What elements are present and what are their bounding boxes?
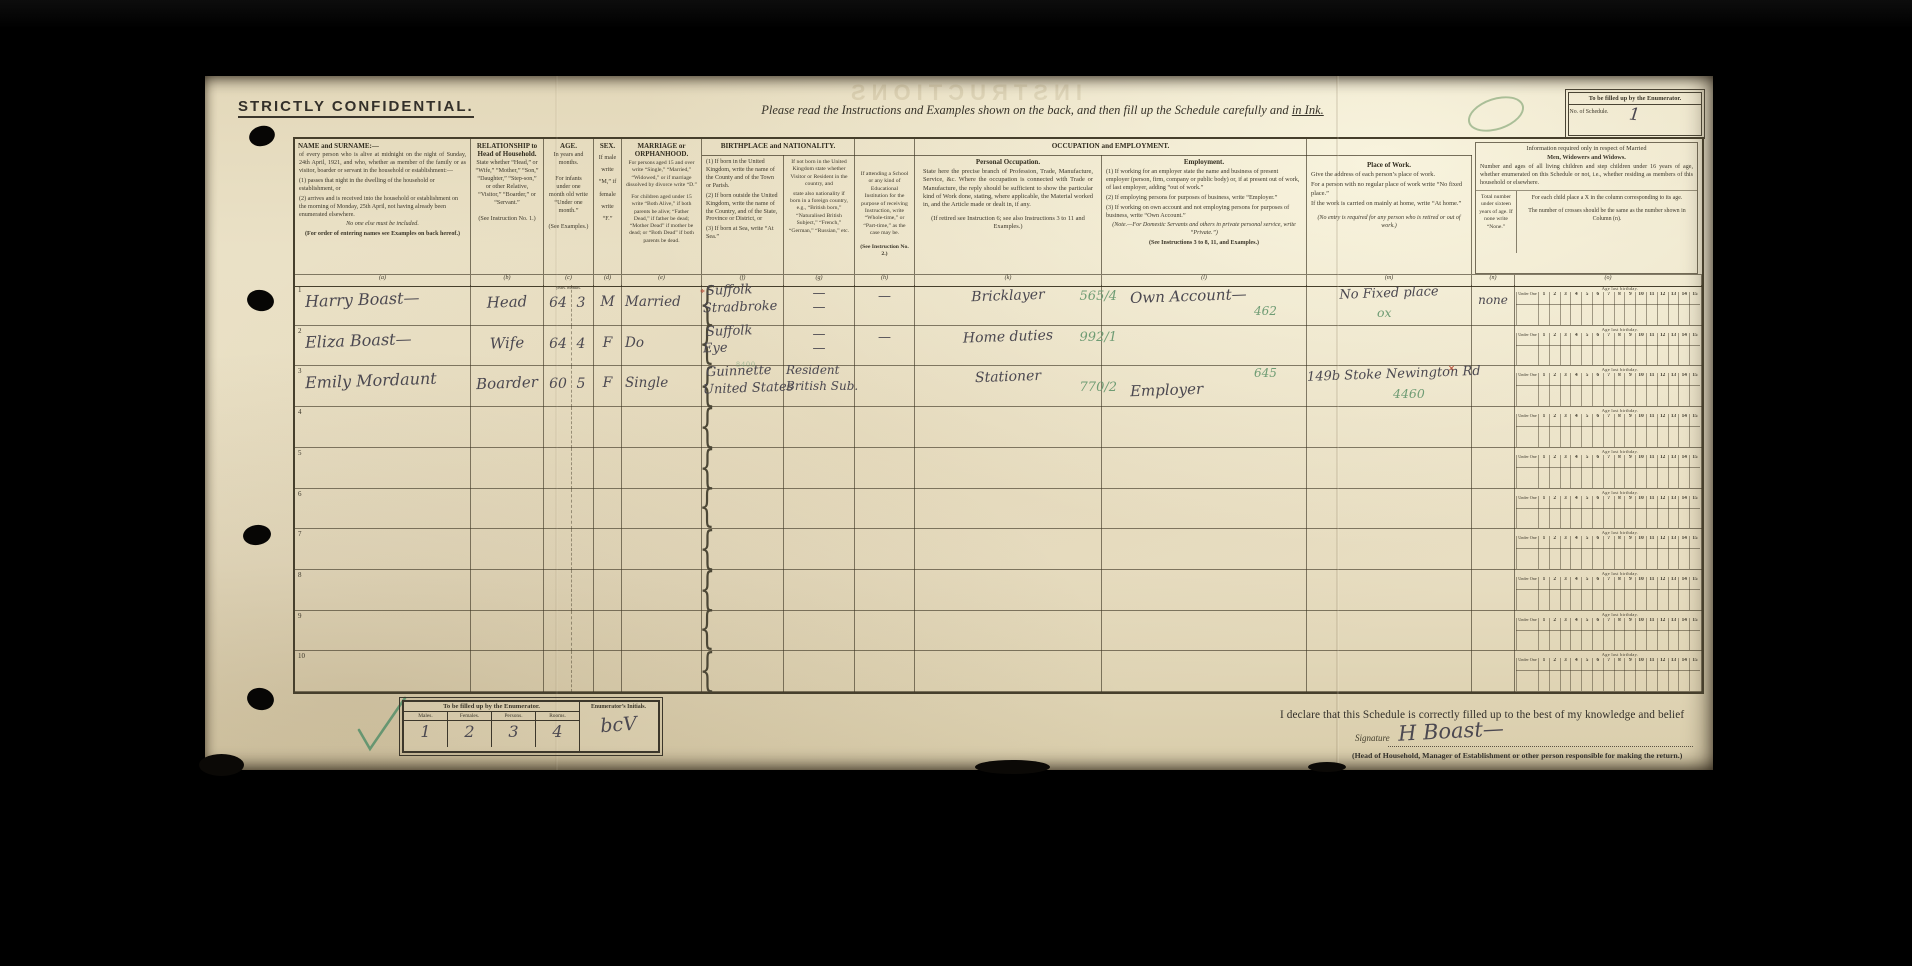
age-grid-label-6: 6 <box>1592 455 1603 467</box>
age-grid-label-9: 9 <box>1624 536 1635 548</box>
age-grid-label-8: 8 <box>1614 658 1625 670</box>
age-grid-label-2: 2 <box>1549 333 1560 345</box>
row-4-cell-3 <box>594 407 622 448</box>
age-grid-label-Under One: Under One <box>1516 414 1538 426</box>
age-grid-box-14 <box>1678 304 1689 325</box>
nationality-dash-2: — <box>784 300 854 315</box>
age-grid-box-10 <box>1635 548 1646 569</box>
occupation-code-green: 992/1 <box>1080 330 1117 345</box>
age-grid-label-3: 3 <box>1560 455 1571 467</box>
sex-entry: F <box>594 335 621 351</box>
age-grid-label-13: 13 <box>1668 496 1679 508</box>
age-grid-label-4: 4 <box>1570 373 1581 385</box>
age-grid-label-2: 2 <box>1549 455 1560 467</box>
birthplace-line-1: Suffolk <box>706 323 753 340</box>
row-8-cell-11 <box>1472 570 1515 611</box>
age-grid-box-15 <box>1689 304 1700 325</box>
strictly-confidential-heading: STRICTLY CONFIDENTIAL. <box>238 98 474 118</box>
age-grid-box-14 <box>1678 630 1689 650</box>
age-grid-header: Age last birthday. <box>1540 327 1700 332</box>
children-age-grid: Age last birthday.Under One1234567891011… <box>1516 652 1700 691</box>
age-grid-label-13: 13 <box>1668 577 1679 589</box>
age-grid-label-14: 14 <box>1678 373 1689 385</box>
age-grid-box-7 <box>1603 304 1614 325</box>
row-number: 8 <box>298 571 302 579</box>
age-grid-label-5: 5 <box>1581 455 1592 467</box>
age-grid-box-10 <box>1635 467 1646 488</box>
row-5-cell-12: Age last birthday.Under One1234567891011… <box>1515 448 1702 489</box>
schedule-box-title: To be filled up by the Enumerator. <box>1569 93 1701 105</box>
age-grid-box-14 <box>1678 345 1689 365</box>
age-grid-label-15: 15 <box>1689 658 1700 670</box>
instruction-note: Please read the Instructions and Example… <box>585 103 1500 118</box>
nationality-dash-2: — <box>784 341 854 356</box>
age-grid-label-13: 13 <box>1668 292 1679 304</box>
row-5-cell-11 <box>1472 448 1515 489</box>
age-grid-box-9 <box>1624 467 1635 488</box>
age-grid-box-15 <box>1689 426 1700 447</box>
age-grid-label-4: 4 <box>1570 292 1581 304</box>
age-grid-box-Under One <box>1516 385 1538 406</box>
age-grid-box-8 <box>1614 630 1625 650</box>
age-grid-label-15: 15 <box>1689 496 1700 508</box>
age-grid-label-9: 9 <box>1624 618 1635 630</box>
occupation-entry: Home duties <box>915 326 1101 348</box>
row-10-cell-11 <box>1472 651 1515 692</box>
row-2-cell-10 <box>1307 326 1472 366</box>
age-grid-box-5 <box>1581 385 1592 406</box>
age-grid-label-5: 5 <box>1581 292 1592 304</box>
age-grid-box-Under One <box>1516 548 1538 569</box>
signature-dotted-line <box>1388 746 1693 747</box>
green-stamp: 8400 <box>736 360 756 369</box>
row-6-cell-0: 6 <box>295 489 471 529</box>
age-grid-box-3 <box>1560 508 1571 528</box>
enumerator-initials-label: Enumerator’s Initials. <box>579 702 658 712</box>
instruction-note-main: Please read the Instructions and Example… <box>761 103 1292 117</box>
enumerator-counts: To be filled up by the Enumerator. Males… <box>404 702 580 751</box>
age-grid-box-10 <box>1635 630 1646 650</box>
row-7-cell-7 <box>855 529 915 570</box>
row-7-cell-2 <box>544 529 594 570</box>
age-grid-label-1: 1 <box>1538 292 1549 304</box>
row-4-cell-2 <box>544 407 594 448</box>
row-2-cell-3: F <box>594 326 622 366</box>
age-grid-label-12: 12 <box>1657 496 1668 508</box>
age-grid-label-10: 10 <box>1635 333 1646 345</box>
persons-label: Persons. <box>492 712 536 720</box>
age-grid-label-11: 11 <box>1646 292 1657 304</box>
row-8-cell-7 <box>855 570 915 611</box>
age-grid-label-15: 15 <box>1689 577 1700 589</box>
age-grid-box-11 <box>1646 385 1657 406</box>
red-x-mark: × <box>1448 361 1455 376</box>
age-grid-label-6: 6 <box>1592 414 1603 426</box>
age-grid-box-14 <box>1678 426 1689 447</box>
males-value: 1 <box>404 721 448 747</box>
age-grid-label-5: 5 <box>1581 373 1592 385</box>
age-grid-label-14: 14 <box>1678 455 1689 467</box>
age-grid-box-3 <box>1560 467 1571 488</box>
children-total-entry: none <box>1472 293 1514 307</box>
age-grid-label-7: 7 <box>1603 414 1614 426</box>
age-grid-box-5 <box>1581 589 1592 610</box>
row-9-cell-8 <box>915 611 1102 651</box>
age-grid-label-Under One: Under One <box>1516 618 1538 630</box>
age-grid-box-7 <box>1603 345 1614 365</box>
row-number: 3 <box>298 367 302 375</box>
age-grid-label-3: 3 <box>1560 373 1571 385</box>
age-months-entry: 5 <box>572 376 590 392</box>
row-6-cell-1 <box>471 489 544 529</box>
age-grid-box-10 <box>1635 426 1646 447</box>
age-grid-label-13: 13 <box>1668 333 1679 345</box>
age-grid-box-2 <box>1549 426 1560 447</box>
place-code-green: ox <box>1377 305 1392 320</box>
age-grid-box-6 <box>1592 508 1603 528</box>
age-grid-box-1 <box>1538 670 1549 691</box>
age-grid-label-15: 15 <box>1689 292 1700 304</box>
age-grid-box-8 <box>1614 345 1625 365</box>
age-grid-label-3: 3 <box>1560 333 1571 345</box>
age-divider <box>571 407 572 448</box>
row-2-cell-12: Age last birthday.Under One1234567891011… <box>1515 326 1702 366</box>
row-2-cell-0: 2Eliza Boast— <box>295 326 471 366</box>
age-grid-label-4: 4 <box>1570 658 1581 670</box>
age-grid-header: Age last birthday. <box>1540 612 1700 617</box>
age-grid-label-14: 14 <box>1678 414 1689 426</box>
table-row-6: 6{Age last birthday.Under One12345678910… <box>295 489 1702 529</box>
persons-value: 3 <box>492 721 536 747</box>
table-row-9: 9{Age last birthday.Under One12345678910… <box>295 611 1702 651</box>
age-grid-header: Age last birthday. <box>1540 408 1700 413</box>
row-6-cell-12: Age last birthday.Under One1234567891011… <box>1515 489 1702 529</box>
row-9-cell-2 <box>544 611 594 651</box>
age-sub-label: years. months. <box>544 285 593 290</box>
age-grid-label-11: 11 <box>1646 577 1657 589</box>
age-grid-box-12 <box>1657 548 1668 569</box>
row-8-cell-1 <box>471 570 544 611</box>
age-grid-box-2 <box>1549 508 1560 528</box>
age-grid-boxes <box>1516 508 1700 528</box>
census-schedule-paper: INSTRUCTIONS STRICTLY CONFIDENTIAL. Plea… <box>205 76 1713 770</box>
age-grid-label-11: 11 <box>1646 496 1657 508</box>
age-grid-label-1: 1 <box>1538 333 1549 345</box>
age-grid-label-9: 9 <box>1624 496 1635 508</box>
age-grid-label-10: 10 <box>1635 373 1646 385</box>
row-9-cell-0: 9 <box>295 611 471 651</box>
row-4-cell-7 <box>855 407 915 448</box>
age-grid-label-12: 12 <box>1657 658 1668 670</box>
age-grid-box-14 <box>1678 508 1689 528</box>
punch-hole <box>247 123 277 149</box>
paper-edge-mark <box>199 754 244 776</box>
age-divider <box>571 489 572 529</box>
age-grid-label-10: 10 <box>1635 618 1646 630</box>
age-grid-box-7 <box>1603 385 1614 406</box>
row-4-cell-1 <box>471 407 544 448</box>
row-1-cell-11: none <box>1472 285 1515 326</box>
nationality-line-2: British Sub. <box>786 379 858 393</box>
row-6-cell-10 <box>1307 489 1472 529</box>
age-grid-box-10 <box>1635 670 1646 691</box>
row-1-cell-2: years. months.643 <box>544 285 594 326</box>
sex-entry: M <box>594 294 621 310</box>
age-grid-label-9: 9 <box>1624 658 1635 670</box>
row-3-cell-1: Boarder <box>471 366 544 407</box>
age-grid-label-6: 6 <box>1592 292 1603 304</box>
age-grid-label-5: 5 <box>1581 577 1592 589</box>
row-7-cell-12: Age last birthday.Under One1234567891011… <box>1515 529 1702 570</box>
age-grid-box-13 <box>1668 345 1679 365</box>
row-8-cell-3 <box>594 570 622 611</box>
age-grid-label-11: 11 <box>1646 658 1657 670</box>
table-row-3: 3Emily MordauntBoarder605FSingle{Guinnet… <box>295 366 1702 407</box>
females-value: 2 <box>448 721 492 747</box>
children-age-grid: Age last birthday.Under One1234567891011… <box>1516 367 1700 406</box>
row-6-cell-4: { <box>622 489 702 529</box>
row-number: 7 <box>298 530 302 538</box>
row-number: 2 <box>298 327 302 335</box>
row-5-cell-9 <box>1102 448 1307 489</box>
age-grid-box-12 <box>1657 670 1668 691</box>
row-3-cell-12: Age last birthday.Under One1234567891011… <box>1515 366 1702 407</box>
rooms-value: 4 <box>536 721 579 747</box>
age-grid-label-8: 8 <box>1614 455 1625 467</box>
nationality-dash-1: — <box>784 286 854 301</box>
age-grid-box-14 <box>1678 548 1689 569</box>
name-entry: Harry Boast— <box>305 288 420 311</box>
age-grid-label-14: 14 <box>1678 536 1689 548</box>
age-grid-box-6 <box>1592 345 1603 365</box>
occupation-code-green: 565/4 <box>1080 289 1117 304</box>
age-grid-label-12: 12 <box>1657 455 1668 467</box>
row-8-cell-2 <box>544 570 594 611</box>
row-7-cell-1 <box>471 529 544 570</box>
instruction-note-emphasis: in Ink. <box>1292 103 1324 117</box>
children-age-grid: Age last birthday.Under One1234567891011… <box>1516 286 1700 325</box>
age-grid-box-1 <box>1538 589 1549 610</box>
relationship-entry: Head <box>471 292 544 313</box>
age-grid-label-8: 8 <box>1614 536 1625 548</box>
row-1-cell-3: M <box>594 285 622 326</box>
paper-crease <box>555 76 558 770</box>
row-3-cell-6: ResidentBritish Sub. <box>784 366 855 407</box>
row-5-cell-6 <box>784 448 855 489</box>
row-number: 6 <box>298 490 302 498</box>
age-grid-box-6 <box>1592 548 1603 569</box>
age-grid-box-9 <box>1624 670 1635 691</box>
age-grid-label-10: 10 <box>1635 414 1646 426</box>
age-grid-label-7: 7 <box>1603 455 1614 467</box>
age-grid-label-14: 14 <box>1678 292 1689 304</box>
age-grid-label-15: 15 <box>1689 333 1700 345</box>
marriage-entry: Married <box>625 294 681 310</box>
row-7-cell-9 <box>1102 529 1307 570</box>
signature-value: H Boast— <box>1397 716 1504 746</box>
age-grid-box-5 <box>1581 345 1592 365</box>
age-grid-box-5 <box>1581 630 1592 650</box>
age-grid-box-4 <box>1570 385 1581 406</box>
age-grid-box-1 <box>1538 630 1549 650</box>
age-grid-box-Under One <box>1516 589 1538 610</box>
age-grid-label-3: 3 <box>1560 496 1571 508</box>
age-grid-box-5 <box>1581 670 1592 691</box>
age-grid-label-7: 7 <box>1603 373 1614 385</box>
age-grid-box-6 <box>1592 670 1603 691</box>
age-grid-box-1 <box>1538 304 1549 325</box>
row-6-cell-6 <box>784 489 855 529</box>
punch-hole <box>242 523 273 547</box>
row-6-cell-3 <box>594 489 622 529</box>
age-grid-box-1 <box>1538 548 1549 569</box>
age-grid-box-9 <box>1624 508 1635 528</box>
age-grid-label-8: 8 <box>1614 292 1625 304</box>
row-4-cell-9 <box>1102 407 1307 448</box>
age-grid-label-13: 13 <box>1668 414 1679 426</box>
age-grid-box-15 <box>1689 508 1700 528</box>
occupation-entry: Bricklayer <box>915 285 1101 307</box>
rooms-label: Rooms. <box>536 712 579 720</box>
signature-row: Signature H Boast— <box>1280 725 1704 749</box>
row-6-cell-11 <box>1472 489 1515 529</box>
row-3-cell-8: Stationer770/2 <box>915 366 1102 407</box>
age-grid-box-10 <box>1635 589 1646 610</box>
age-grid-box-Under One <box>1516 304 1538 325</box>
name-entry: Emily Mordaunt <box>305 369 437 393</box>
age-grid-label-4: 4 <box>1570 333 1581 345</box>
age-months-entry: 4 <box>572 336 590 352</box>
children-age-grid: Age last birthday.Under One1234567891011… <box>1516 530 1700 569</box>
age-months-entry: 3 <box>572 295 590 311</box>
row-6-cell-8 <box>915 489 1102 529</box>
row-2-cell-11 <box>1472 326 1515 366</box>
age-divider <box>571 529 572 570</box>
row-2-cell-4: Do{ <box>622 326 702 366</box>
age-grid-box-11 <box>1646 304 1657 325</box>
age-grid-box-2 <box>1549 467 1560 488</box>
relationship-entry: Boarder <box>471 373 544 394</box>
age-grid-box-5 <box>1581 508 1592 528</box>
age-grid-box-6 <box>1592 630 1603 650</box>
row-5-cell-2 <box>544 448 594 489</box>
age-grid-box-3 <box>1560 670 1571 691</box>
age-grid-label-11: 11 <box>1646 414 1657 426</box>
row-8-cell-0: 8 <box>295 570 471 611</box>
age-grid-label-7: 7 <box>1603 496 1614 508</box>
age-grid-box-3 <box>1560 345 1571 365</box>
age-grid-box-2 <box>1549 548 1560 569</box>
age-grid-box-7 <box>1603 467 1614 488</box>
row-4-cell-8 <box>915 407 1102 448</box>
schedule-number-label: No. of Schedule. <box>1569 105 1609 132</box>
age-grid-label-8: 8 <box>1614 333 1625 345</box>
age-grid-box-7 <box>1603 548 1614 569</box>
age-grid-box-15 <box>1689 385 1700 406</box>
age-grid-label-11: 11 <box>1646 536 1657 548</box>
age-grid-box-2 <box>1549 345 1560 365</box>
age-grid-boxes <box>1516 548 1700 569</box>
age-grid-box-7 <box>1603 589 1614 610</box>
age-grid-box-3 <box>1560 385 1571 406</box>
age-grid-box-12 <box>1657 385 1668 406</box>
age-grid-label-15: 15 <box>1689 618 1700 630</box>
age-grid-box-9 <box>1624 385 1635 406</box>
age-grid-box-11 <box>1646 426 1657 447</box>
enumerator-box-title: To be filled up by the Enumerator. <box>404 702 579 712</box>
row-3-cell-9: Employer645 <box>1102 366 1307 407</box>
age-grid-label-2: 2 <box>1549 373 1560 385</box>
age-grid-label-2: 2 <box>1549 414 1560 426</box>
age-grid-label-6: 6 <box>1592 577 1603 589</box>
age-grid-box-4 <box>1570 508 1581 528</box>
row-7-cell-8 <box>915 529 1102 570</box>
age-grid-label-Under One: Under One <box>1516 536 1538 548</box>
age-grid-box-15 <box>1689 548 1700 569</box>
age-grid-boxes <box>1516 589 1700 610</box>
age-divider <box>571 651 572 692</box>
age-grid-label-4: 4 <box>1570 414 1581 426</box>
age-grid-boxes <box>1516 426 1700 447</box>
row-2-cell-7: — <box>855 326 915 366</box>
age-grid-box-9 <box>1624 345 1635 365</box>
age-grid-box-12 <box>1657 467 1668 488</box>
age-grid-box-2 <box>1549 630 1560 650</box>
age-grid-label-12: 12 <box>1657 414 1668 426</box>
row-8-cell-10 <box>1307 570 1472 611</box>
signature-label: Signature <box>1355 733 1390 743</box>
census-table: BIRTHPLACE and NATIONALITY. OCCUPATION a… <box>293 137 1704 694</box>
row-7-cell-10 <box>1307 529 1472 570</box>
age-grid-box-7 <box>1603 630 1614 650</box>
row-1-cell-12: Age last birthday.Under One1234567891011… <box>1515 285 1702 326</box>
age-grid-label-14: 14 <box>1678 577 1689 589</box>
row-1-cell-1: Head <box>471 285 544 326</box>
row-number: 1 <box>298 286 302 294</box>
row-5-cell-3 <box>594 448 622 489</box>
age-grid-box-6 <box>1592 385 1603 406</box>
age-grid-boxes <box>1516 467 1700 488</box>
row-3-cell-4: Single{ <box>622 366 702 407</box>
row-5-cell-0: 5 <box>295 448 471 489</box>
age-grid-box-13 <box>1668 670 1679 691</box>
age-grid-label-2: 2 <box>1549 292 1560 304</box>
row-8-cell-6 <box>784 570 855 611</box>
age-grid-header: Age last birthday. <box>1540 571 1700 576</box>
age-grid-box-10 <box>1635 385 1646 406</box>
age-grid-header: Age last birthday. <box>1540 449 1700 454</box>
age-grid-box-3 <box>1560 589 1571 610</box>
age-grid-header: Age last birthday. <box>1540 286 1700 291</box>
age-grid-label-1: 1 <box>1538 536 1549 548</box>
row-9-cell-12: Age last birthday.Under One1234567891011… <box>1515 611 1702 651</box>
age-grid-label-8: 8 <box>1614 618 1625 630</box>
age-grid-box-13 <box>1668 508 1679 528</box>
age-grid-boxes <box>1516 345 1700 365</box>
age-grid-box-12 <box>1657 508 1668 528</box>
age-grid-label-7: 7 <box>1603 536 1614 548</box>
age-grid-box-12 <box>1657 345 1668 365</box>
age-grid-header: Age last birthday. <box>1540 490 1700 495</box>
age-grid-box-1 <box>1538 426 1549 447</box>
row-5-cell-1 <box>471 448 544 489</box>
age-grid-box-Under One <box>1516 508 1538 528</box>
row-9-cell-1 <box>471 611 544 651</box>
age-grid-label-14: 14 <box>1678 658 1689 670</box>
age-grid-label-4: 4 <box>1570 618 1581 630</box>
age-grid-box-8 <box>1614 508 1625 528</box>
nationality-line-1: Resident <box>786 363 839 377</box>
